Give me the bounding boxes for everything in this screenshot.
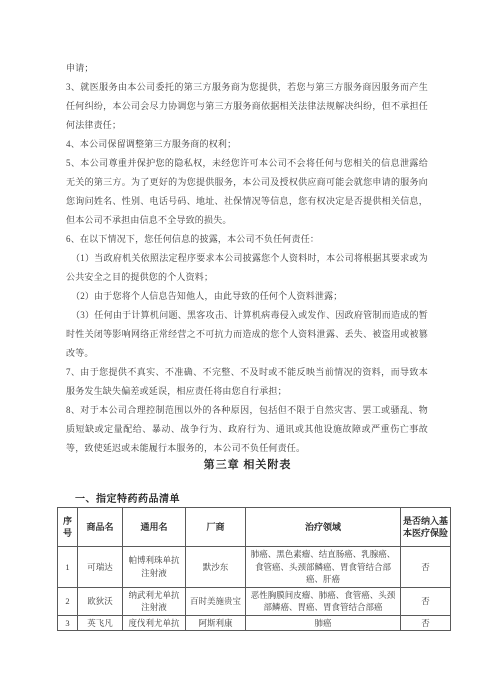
table-row: 2欧狄沃纳武利尤单抗注射液百时美施贵宝恶性胸膜间皮瘤、肺癌、食管癌、头颈部鳞癌、… [58, 587, 451, 615]
column-header: 商品名 [78, 508, 123, 547]
drug-list-table: 序号商品名通用名厂商治疗领域是否纳入基本医疗保险 1可瑞达帕博利珠单抗注射液默沙… [57, 507, 451, 631]
table-cell: 帕博利珠单抗注射液 [123, 547, 186, 588]
table-cell: 百时美施贵宝 [186, 587, 246, 615]
table-cell: 2 [58, 587, 78, 615]
column-header: 是否纳入基本医疗保险 [401, 508, 451, 547]
table-cell: 纳武利尤单抗注射液 [123, 587, 186, 615]
table-row: 1可瑞达帕博利珠单抗注射液默沙东肺癌、黑色素瘤、结直肠癌、乳腺癌、食管癌、头颈部… [58, 547, 451, 588]
table-cell: 默沙东 [186, 547, 246, 588]
table-cell: 英飞凡 [78, 615, 123, 631]
table-cell: 欧狄沃 [78, 587, 123, 615]
paragraph: 7、由于您提供不真实、不准确、不完整、不及时或不能反映当前情况的资料，而导致本服… [66, 363, 428, 401]
paragraph: 5、本公司尊重并保护您的隐私权，未经您许可本公司不会将任何与您相关的信息泄露给无… [66, 154, 428, 230]
table-cell: 3 [58, 615, 78, 631]
paragraph: 申请； [66, 59, 428, 78]
paragraph: 8、对于本公司合理控制范围以外的各种原因，包括但不限于自然灾害、罢工或骚乱、物质… [66, 401, 428, 458]
table-cell: 恶性胸膜间皮瘤、肺癌、食管癌、头颈部鳞癌、胃癌、胃食管结合部癌 [246, 587, 401, 615]
document-page: 申请；3、就医服务由本公司委托的第三方服务商为您提供，若您与第三方服务商因服务而… [0, 0, 495, 700]
column-header: 厂商 [186, 508, 246, 547]
paragraph: （1）当政府机关依照法定程序要求本公司披露您个人资料时，本公司将根据其要求或为公… [66, 249, 428, 287]
table-row: 3英飞凡度伐利尤单抗阿斯利康肺癌否 [58, 615, 451, 631]
paragraph: 6、在以下情况下，您任何信息的披露，本公司不负任何责任： [66, 230, 428, 249]
table-cell: 否 [401, 587, 451, 615]
section-heading: 一、指定特药药品清单 [75, 490, 180, 505]
column-header: 治疗领域 [246, 508, 401, 547]
table-cell: 肺癌、黑色素瘤、结直肠癌、乳腺癌、食管癌、头颈部鳞癌、胃食管结合部癌、肝癌 [246, 547, 401, 588]
table-cell: 肺癌 [246, 615, 401, 631]
table-cell: 阿斯利康 [186, 615, 246, 631]
table-cell: 度伐利尤单抗 [123, 615, 186, 631]
column-header: 序号 [58, 508, 78, 547]
paragraph: 4、本公司保留调整第三方服务商的权利； [66, 135, 428, 154]
column-header: 通用名 [123, 508, 186, 547]
table-cell: 否 [401, 547, 451, 588]
table-cell: 1 [58, 547, 78, 588]
chapter-heading: 第三章 相关附表 [0, 456, 495, 472]
paragraph: （3）任何由于计算机问题、黑客攻击、计算机病毒侵入或发作、因政府管制而造成的暂时… [66, 306, 428, 363]
table-cell: 否 [401, 615, 451, 631]
terms-paragraphs: 申请；3、就医服务由本公司委托的第三方服务商为您提供，若您与第三方服务商因服务而… [66, 59, 428, 458]
paragraph: 3、就医服务由本公司委托的第三方服务商为您提供，若您与第三方服务商因服务而产生任… [66, 78, 428, 135]
table-header-row: 序号商品名通用名厂商治疗领域是否纳入基本医疗保险 [58, 508, 451, 547]
table-cell: 可瑞达 [78, 547, 123, 588]
paragraph: （2）由于您将个人信息告知他人，由此导致的任何个人资料泄露； [66, 287, 428, 306]
